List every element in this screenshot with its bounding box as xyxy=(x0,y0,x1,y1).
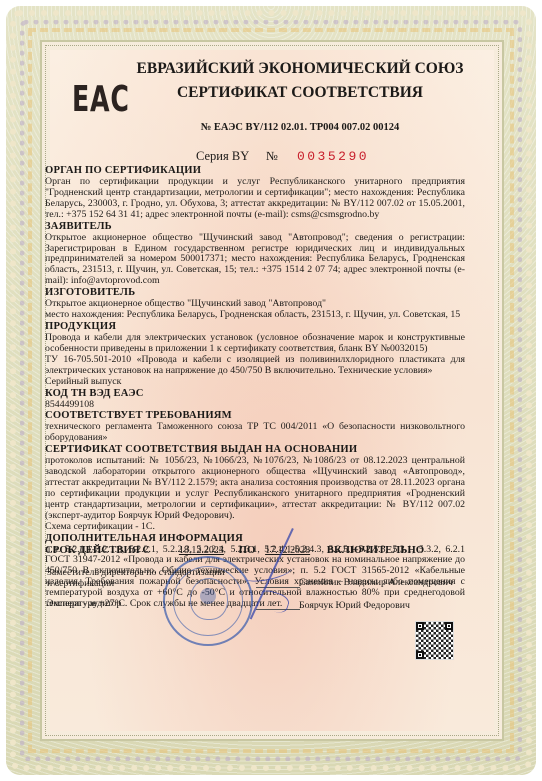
number-sign: № xyxy=(266,149,278,163)
section-cert-body: ОРГАН ПО СЕРТИФИКАЦИИ Орган по сертифика… xyxy=(45,165,465,221)
section-text: Орган по сертификации продукции и услуг … xyxy=(45,177,465,221)
qr-code[interactable] xyxy=(416,622,453,659)
signature-line xyxy=(256,587,300,588)
section-basis: СЕРТИФИКАТ СООТВЕТСТВИЯ ВЫДАН НА ОСНОВАН… xyxy=(45,444,465,532)
signatory-role-expert-auditor: Эксперт - аудитор xyxy=(47,598,121,609)
union-title: ЕВРАЗИЙСКИЙ ЭКОНОМИЧЕСКИЙ СОЮЗ xyxy=(100,60,500,78)
series-line: Серия BY № 0035290 xyxy=(196,149,369,164)
qr-finder-icon xyxy=(416,651,424,659)
section-title: ДОПОЛНИТЕЛЬНАЯ ИНФОРМАЦИЯ xyxy=(45,533,465,545)
certificate-number: № ЕАЭС BY/112 02.01. ТР004 007.02 00124 xyxy=(100,122,500,133)
section-title: КОД ТН ВЭД ЕАЭС xyxy=(45,388,465,400)
section-text: 8544499108 xyxy=(45,400,465,411)
section-requirements: СООТВЕТСТВУЕТ ТРЕБОВАНИЯМ технического р… xyxy=(45,410,465,444)
validity-from-date: 18.12.2023 xyxy=(179,545,224,556)
section-text: Схема сертификации - 1С. xyxy=(45,522,465,533)
section-text: Открытое акционерное общество "Щучинский… xyxy=(45,233,465,288)
serial-number: 0035290 xyxy=(297,149,369,164)
section-title: ЗАЯВИТЕЛЬ xyxy=(45,221,465,233)
section-text: протоколов испытаний: № 105б/23, №106б/2… xyxy=(45,456,465,521)
section-product: ПРОДУКЦИЯ Провода и кабели для электриче… xyxy=(45,321,465,388)
role-line: и сертификации xyxy=(47,578,225,589)
qr-finder-icon xyxy=(416,622,424,630)
signatory-name-deputy-director: Самойлик Владимир Александрович xyxy=(299,577,453,588)
section-text: технического регламента Таможенного союз… xyxy=(45,422,465,444)
section-text: ТУ 16-705.501-2010 «Провода и кабели с и… xyxy=(45,355,465,377)
series-label: Серия BY xyxy=(196,149,249,163)
qr-finder-icon xyxy=(445,622,453,630)
signatory-name-expert-auditor: Боярчук Юрий Федорович xyxy=(299,600,410,611)
validity-inclusive-label: ВКЛЮЧИТЕЛЬНО xyxy=(327,544,424,556)
role-line: Заместитель директора по стандартизации xyxy=(47,567,225,578)
section-applicant: ЗАЯВИТЕЛЬ Открытое акционерное общество … xyxy=(45,221,465,288)
role-line: Эксперт - аудитор xyxy=(47,598,121,609)
section-text: Серийный выпуск xyxy=(45,377,465,388)
validity-to-date: 17.12.2028 xyxy=(265,545,310,556)
signatory-role-deputy-director: Заместитель директора по стандартизации … xyxy=(47,567,225,589)
section-manufacturer: ИЗГОТОВИТЕЛЬ Открытое акционерное общест… xyxy=(45,287,465,321)
document-title: СЕРТИФИКАТ СООТВЕТСТВИЯ xyxy=(100,84,500,102)
section-text: Провода и кабели для электрических устан… xyxy=(45,333,465,355)
section-text: место нахождения: Республика Беларусь, Г… xyxy=(45,310,465,321)
section-hs-code: КОД ТН ВЭД ЕАЭС 8544499108 xyxy=(45,388,465,411)
validity-to-label: ПО xyxy=(239,544,256,556)
validity-from-label: СРОК ДЕЙСТВИЯ С xyxy=(45,544,150,556)
validity-period: СРОК ДЕЙСТВИЯ С 18.12.2023 ПО 17.12.2028… xyxy=(45,544,465,556)
